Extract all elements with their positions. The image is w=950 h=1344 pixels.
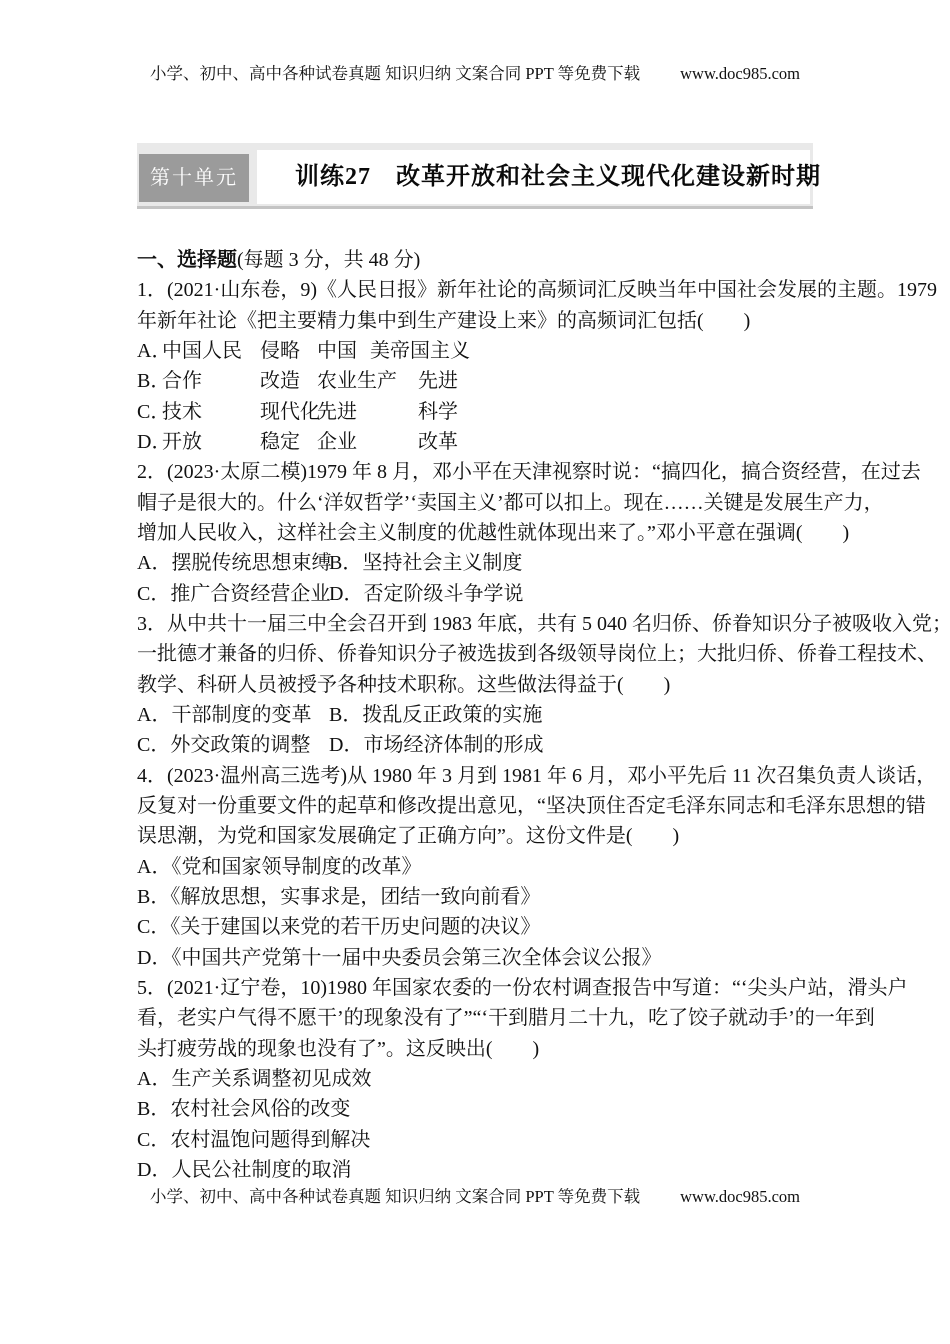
page-title: 训练27 改革开放和社会主义现代化建设新时期	[257, 150, 810, 204]
q4-option-a: A．《党和国家领导制度的改革》	[137, 852, 817, 882]
page-header: 小学、初中、高中各种试卷真题 知识归纳 文案合同 PPT 等免费下载www.do…	[137, 62, 813, 86]
stem-text: 5．(2021·	[137, 977, 220, 999]
option-word: 先进	[317, 397, 357, 427]
stem-text: 帽子是很大的。什么‘洋奴哲学’‘卖国主义’都可以扣上。现在……关键是发展生产力，	[137, 492, 884, 514]
q4-option-b: B．《解放思想，实事求是，团结一致向前看》	[137, 882, 817, 912]
stem-text: 山东	[220, 279, 260, 301]
q4-stem-line-2: 反复对一份重要文件的起草和修改提出意见，“坚决顶住否定毛泽东同志和毛泽东思想的错	[137, 791, 817, 821]
section-heading: 一、选择题(每题 3 分，共 48 分)	[137, 245, 817, 275]
q1-stem-line-1: 1．(2021·山东卷，9)《人民日报》新年社论的高频词汇反映当年中国社会发展的…	[137, 275, 817, 305]
q3-option-row-2: C．外交政策的调整D．市场经济体制的形成	[137, 730, 817, 760]
stem-text: 3．从中共十一届三中全会召开到 1983 年底，共有 5 040 名归侨、侨眷知…	[137, 613, 950, 635]
option-word: 稳定	[260, 427, 300, 457]
stem-text: 温州高三选考	[220, 765, 340, 787]
option-a: A．摆脱传统思想束缚	[137, 548, 329, 578]
q4-option-c: C．《关于建国以来党的若干历史问题的决议》	[137, 912, 817, 942]
title-box: 训练27 改革开放和社会主义现代化建设新时期	[257, 150, 810, 204]
option-b: B．坚持社会主义制度	[329, 552, 522, 574]
content: 一、选择题(每题 3 分，共 48 分) 1．(2021·山东卷，9)《人民日报…	[137, 245, 817, 1185]
stem-text: 太原二模	[220, 461, 300, 483]
q3-stem-line-2: 一批德才兼备的归侨、侨眷知识分子被选拔到各级领导岗位上；大批归侨、侨眷工程技术、	[137, 639, 817, 669]
stem-text: 卷，10)1980 年国家农委的一份农村调查报告中写道：“‘尖头户站，滑头户	[260, 977, 907, 999]
footer-promo-text: 小学、初中、高中各种试卷真题 知识归纳 文案合同 PPT 等免费下载	[150, 1187, 640, 1206]
stem-text: 增加人民收入，这样社会主义制度的优越性就体现出来了。”邓小平意在强调( )	[137, 522, 849, 544]
exam-page: { "header": { "left": "小学、初中、高中各种试卷真题 知识…	[0, 0, 950, 1344]
option-word: 中国人民	[162, 336, 242, 366]
option-word: 先进	[418, 366, 458, 396]
stem-text: 头打疲劳战的现象也没有了”。这反映出( )	[137, 1038, 539, 1060]
q1-option-a: A．中国人民侵略中国美帝国主义	[137, 336, 817, 366]
option-word: 农业生产	[317, 366, 397, 396]
q2-stem-line-2: 帽子是很大的。什么‘洋奴哲学’‘卖国主义’都可以扣上。现在……关键是发展生产力，	[137, 488, 817, 518]
option-word: 中国	[317, 336, 357, 366]
option-d: D．市场经济体制的形成	[329, 734, 543, 756]
option-word: 现代化	[260, 397, 320, 427]
q3-stem-line-1: 3．从中共十一届三中全会召开到 1983 年底，共有 5 040 名归侨、侨眷知…	[137, 609, 817, 639]
option-word: 美帝国主义	[370, 336, 470, 366]
stem-text: 一批德才兼备的归侨、侨眷知识分子被选拔到各级领导岗位上；大批归侨、侨眷工程技术、	[137, 643, 937, 665]
unit-label: 第十单元	[150, 167, 238, 189]
stem-text: )从 1980 年 3 月到 1981 年 6 月，邓小平先后 11 次召集负责…	[340, 765, 936, 787]
option-c: C．外交政策的调整	[137, 730, 329, 760]
footer-site-url: www.doc985.com	[680, 1187, 800, 1206]
stem-text: 误思潮，为党和国家发展确定了正确方向”。这份文件是( )	[137, 825, 679, 847]
option-word: 科学	[418, 397, 458, 427]
stem-text: 2．(2023·	[137, 461, 220, 483]
q4-option-d: D．《中国共产党第十一届中央委员会第三次全体会议公报》	[137, 943, 817, 973]
q5-stem-line-3: 头打疲劳战的现象也没有了”。这反映出( )	[137, 1034, 817, 1064]
q3-option-row-1: A．干部制度的变革B．拨乱反正政策的实施	[137, 700, 817, 730]
q5-stem-line-1: 5．(2021·辽宁卷，10)1980 年国家农委的一份农村调查报告中写道：“‘…	[137, 973, 817, 1003]
option-word: 改革	[418, 427, 458, 457]
stem-text: 4．(2023·	[137, 765, 220, 787]
questions: 1．(2021·山东卷，9)《人民日报》新年社论的高频词汇反映当年中国社会发展的…	[137, 275, 817, 1185]
stem-text: )1979 年 8 月，邓小平在天津视察时说：“搞四化，搞合资经营，在过去	[300, 461, 921, 483]
option-c: C．推广合资经营企业	[137, 579, 329, 609]
stem-text: 看，老实户气得不愿干’的现象没有了”“‘干到腊月二十九，吃了饺子就动手’的一年到	[137, 1007, 875, 1029]
option-word: 企业	[317, 427, 357, 457]
q5-option-d: D．人民公社制度的取消	[137, 1155, 817, 1185]
q3-stem-line-3: 教学、科研人员被授予各种技术职称。这些做法得益于( )	[137, 670, 817, 700]
option-b: B．拨乱反正政策的实施	[329, 704, 542, 726]
stem-text: 卷，9)《人民日报》新年社论的高频词汇反映当年中国社会发展的主题。1979	[260, 279, 937, 301]
q2-stem-line-1: 2．(2023·太原二模)1979 年 8 月，邓小平在天津视察时说：“搞四化，…	[137, 457, 817, 487]
stem-text: 教学、科研人员被授予各种技术职称。这些做法得益于( )	[137, 674, 670, 696]
q1-option-b: B．合作改造农业生产先进	[137, 366, 817, 396]
option-a: A．干部制度的变革	[137, 700, 329, 730]
header-site-url: www.doc985.com	[680, 64, 800, 83]
q1-stem-line-2: 年新年社论《把主要精力集中到生产建设上来》的高频词汇包括( )	[137, 306, 817, 336]
q5-option-b: B．农村社会风俗的改变	[137, 1094, 817, 1124]
option-word: 改造	[260, 366, 300, 396]
option-d: D．否定阶级斗争学说	[329, 583, 523, 605]
q1-option-c: C．技术现代化先进科学	[137, 397, 817, 427]
q2-option-row-1: A．摆脱传统思想束缚B．坚持社会主义制度	[137, 548, 817, 578]
q5-stem-line-2: 看，老实户气得不愿干’的现象没有了”“‘干到腊月二十九，吃了饺子就动手’的一年到	[137, 1003, 817, 1033]
option-word: 合作	[162, 366, 202, 396]
page-footer: 小学、初中、高中各种试卷真题 知识归纳 文案合同 PPT 等免费下载www.do…	[137, 1185, 813, 1209]
q2-option-row-2: C．推广合资经营企业D．否定阶级斗争学说	[137, 579, 817, 609]
stem-text: 反复对一份重要文件的起草和修改提出意见，“坚决顶住否定毛泽东同志和毛泽东思想的错	[137, 795, 926, 817]
header-promo-text: 小学、初中、高中各种试卷真题 知识归纳 文案合同 PPT 等免费下载	[150, 64, 640, 83]
stem-text: 年新年社论《把主要精力集中到生产建设上来》的高频词汇包括( )	[137, 310, 750, 332]
stem-text: 辽宁	[220, 977, 260, 999]
q4-stem-line-1: 4．(2023·温州高三选考)从 1980 年 3 月到 1981 年 6 月，…	[137, 761, 817, 791]
option-word: 侵略	[260, 336, 300, 366]
unit-badge: 第十单元	[139, 154, 249, 202]
section-heading-bold: 一、选择题	[137, 249, 237, 271]
section-heading-rest: (每题 3 分，共 48 分)	[237, 249, 420, 271]
stem-text: 1．(2021·	[137, 279, 220, 301]
q1-option-d: D．开放稳定企业改革	[137, 427, 817, 457]
q4-stem-line-3: 误思潮，为党和国家发展确定了正确方向”。这份文件是( )	[137, 821, 817, 851]
q2-stem-line-3: 增加人民收入，这样社会主义制度的优越性就体现出来了。”邓小平意在强调( )	[137, 518, 817, 548]
option-word: 技术	[162, 397, 202, 427]
title-banner: 第十单元 训练27 改革开放和社会主义现代化建设新时期	[137, 143, 813, 209]
option-word: 开放	[162, 427, 202, 457]
q5-option-c: C．农村温饱问题得到解决	[137, 1125, 817, 1155]
q5-option-a: A．生产关系调整初见成效	[137, 1064, 817, 1094]
